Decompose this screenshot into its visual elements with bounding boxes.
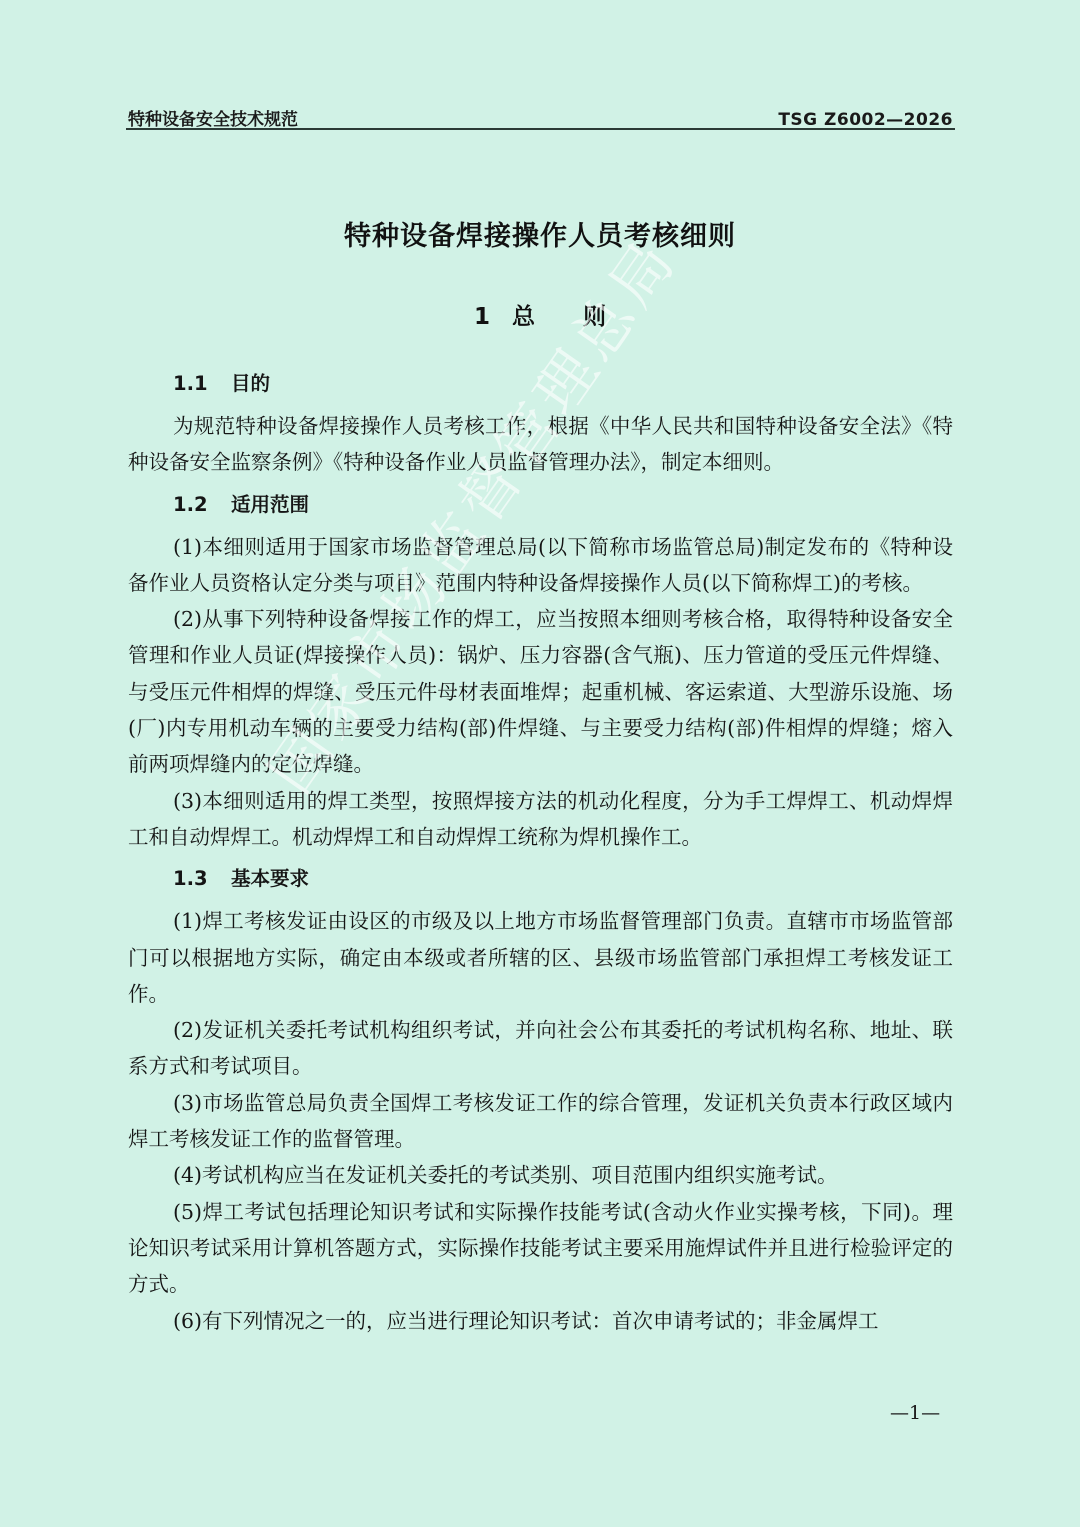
section-heading-1-2: 1.2适用范围 — [128, 487, 953, 523]
header-rule — [126, 128, 955, 130]
series-title: 特种设备安全技术规范 — [128, 105, 298, 130]
chapter-number: 1 — [474, 304, 490, 330]
paragraph: (1)本细则适用于国家市场监督管理总局(以下简称市场监管总局)制定发布的《特种设… — [128, 529, 953, 602]
section-title: 适用范围 — [231, 493, 309, 516]
section-heading-1-1: 1.1目的 — [128, 366, 953, 402]
chapter-title-char-1: 总 — [512, 304, 535, 330]
paragraph: (3)市场监管总局负责全国焊工考核发证工作的综合管理，发证机关负责本行政区域内焊… — [128, 1085, 953, 1158]
paragraph: (5)焊工考试包括理论知识考试和实际操作技能考试(含动火作业实操考核，下同)。理… — [128, 1194, 953, 1303]
body-text: 1.1目的 为规范特种设备焊接操作人员考核工作，根据《中华人民共和国特种设备安全… — [128, 366, 953, 1339]
paragraph: (3)本细则适用的焊工类型，按照焊接方法的机动化程度，分为手工焊焊工、机动焊焊工… — [128, 783, 953, 856]
running-header: 特种设备安全技术规范 TSG Z6002—2026 — [128, 102, 953, 130]
page-number: —1— — [890, 1402, 940, 1424]
paragraph: (1)焊工考核发证由设区的市级及以上地方市场监督管理部门负责。直辖市市场监管部门… — [128, 903, 953, 1012]
paragraph: (6)有下列情况之一的，应当进行理论知识考试：首次申请考试的；非金属焊工 — [128, 1303, 953, 1339]
paragraph: 为规范特种设备焊接操作人员考核工作，根据《中华人民共和国特种设备安全法》《特种设… — [128, 408, 953, 481]
section-title: 基本要求 — [231, 867, 309, 890]
section-heading-1-3: 1.3基本要求 — [128, 861, 953, 897]
standard-code: TSG Z6002—2026 — [778, 110, 953, 130]
document-page: 特种设备安全技术规范 TSG Z6002—2026 特种设备焊接操作人员考核细则… — [0, 0, 1080, 1527]
paragraph: (4)考试机构应当在发证机关委托的考试类别、项目范围内组织实施考试。 — [128, 1157, 953, 1193]
section-number: 1.2 — [173, 487, 231, 523]
chapter-heading: 1总则 — [0, 298, 1080, 331]
paragraph: (2)从事下列特种设备焊接工作的焊工，应当按照本细则考核合格，取得特种设备安全管… — [128, 601, 953, 782]
section-number: 1.1 — [173, 366, 231, 402]
section-number: 1.3 — [173, 861, 231, 897]
document-title: 特种设备焊接操作人员考核细则 — [0, 214, 1080, 253]
chapter-title-char-2: 则 — [583, 304, 606, 330]
section-title: 目的 — [231, 372, 270, 395]
paragraph: (2)发证机关委托考试机构组织考试，并向社会公布其委托的考试机构名称、地址、联系… — [128, 1012, 953, 1085]
